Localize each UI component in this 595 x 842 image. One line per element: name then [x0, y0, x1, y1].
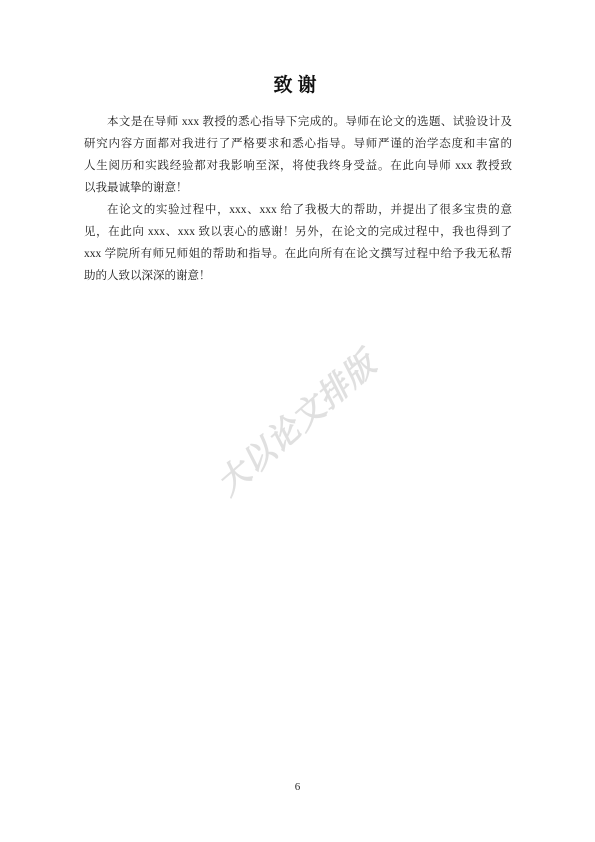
paragraph-line: 研究内容方面都对我进行了严格要求和悉心指导。导师严谨的治学态度和丰富的: [84, 133, 512, 155]
paragraph-line: xxx 学院所有师兄师姐的帮助和指导。在此向所有在论文撰写过程中给予我无私帮: [84, 243, 512, 265]
paragraph-line: 见，在此向 xxx、xxx 致以衷心的感谢！另外，在论文的完成过程中，我也得到了: [84, 221, 512, 243]
paragraph-line: 人生阅历和实践经验都对我影响至深，将使我终身受益。在此向导师 xxx 教授致: [84, 155, 512, 177]
paragraph: 本文是在导师 xxx 教授的悉心指导下完成的。导师在论文的选题、试验设计及 研究…: [84, 111, 512, 199]
paragraph-line: 在论文的实验过程中，xxx、xxx 给了我极大的帮助，并提出了很多宝贵的意: [84, 199, 512, 221]
paragraph-line: 助的人致以深深的谢意！: [84, 265, 512, 287]
body-text: 本文是在导师 xxx 教授的悉心指导下完成的。导师在论文的选题、试验设计及 研究…: [84, 111, 512, 287]
paragraph-line: 以我最诚挚的谢意！: [84, 177, 512, 199]
paragraph-line: 本文是在导师 xxx 教授的悉心指导下完成的。导师在论文的选题、试验设计及: [84, 111, 512, 133]
watermark-text: 大以论文排版: [205, 340, 385, 505]
paragraph: 在论文的实验过程中，xxx、xxx 给了我极大的帮助，并提出了很多宝贵的意 见，…: [84, 199, 512, 287]
page-number: 6: [0, 780, 595, 794]
document-page: 致谢 本文是在导师 xxx 教授的悉心指导下完成的。导师在论文的选题、试验设计及…: [0, 0, 595, 842]
page-title: 致谢: [0, 74, 595, 98]
